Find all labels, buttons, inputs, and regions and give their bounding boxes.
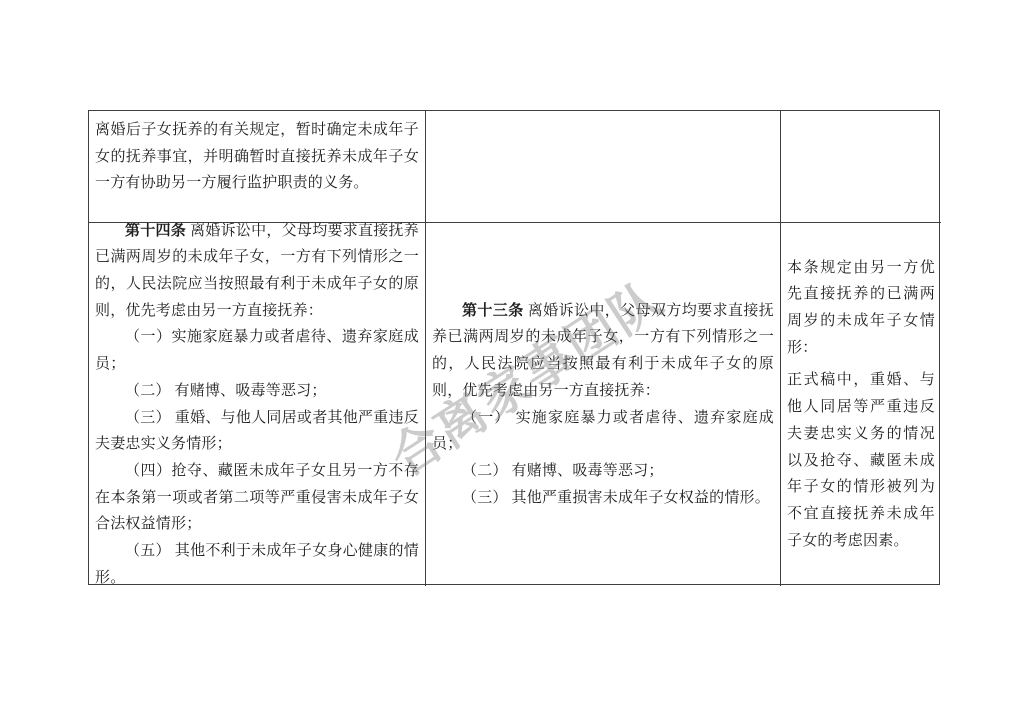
paragraph: （四）抢夺、藏匿未成年子女且另一方不存在本条第一项或者第二项等严重侵害未成年子女… xyxy=(95,458,419,538)
document-page: 离婚后子女抚养的有关规定，暂时确定未成年子女的抚养事宜，并明确暂时直接抚养未成年… xyxy=(0,0,1024,724)
paragraph: （二） 有赌博、吸毒等恶习； xyxy=(432,458,774,485)
paragraph: 第十三条 离婚诉讼中，父母双方均要求直接抚养已满两周岁的未成年子女，一方有下列情… xyxy=(432,298,774,405)
table-cell: 第十四条 离婚诉讼中，父母均要求直接抚养已满两周岁的未成年子女，一方有下列情形之… xyxy=(89,223,426,586)
table-cell xyxy=(426,111,781,223)
paragraph: 本条规定由另一方优先直接抚养的已满两周岁的未成年子女情形： xyxy=(787,255,935,362)
paragraph: （三） 其他严重损害未成年子女权益的情形。 xyxy=(432,485,774,512)
table-cell: 离婚后子女抚养的有关规定，暂时确定未成年子女的抚养事宜，并明确暂时直接抚养未成年… xyxy=(89,111,426,223)
paragraph: （二） 有赌博、吸毒等恶习； xyxy=(95,378,419,405)
paragraph: 第十四条 离婚诉讼中，父母均要求直接抚养已满两周岁的未成年子女，一方有下列情形之… xyxy=(95,223,419,324)
paragraph: （五） 其他不利于未成年子女身心健康的情形。 xyxy=(95,538,419,586)
paragraph: （一） 实施家庭暴力或者虐待、遗弃家庭成员； xyxy=(432,405,774,458)
article-number: 第十三条 xyxy=(462,303,524,319)
table-cell: 本条规定由另一方优先直接抚养的已满两周岁的未成年子女情形：正式稿中，重婚、与他人… xyxy=(781,223,941,586)
comparison-table: 离婚后子女抚养的有关规定，暂时确定未成年子女的抚养事宜，并明确暂时直接抚养未成年… xyxy=(88,110,940,585)
table-cell xyxy=(781,111,941,223)
table-cell: 第十三条 离婚诉讼中，父母双方均要求直接抚养已满两周岁的未成年子女，一方有下列情… xyxy=(426,223,781,586)
paragraph: 正式稿中，重婚、与他人同居等严重违反夫妻忠实义务的情况以及抢夺、藏匿未成年子女的… xyxy=(787,367,935,554)
article-number: 第十四条 xyxy=(125,223,186,239)
paragraph: （三） 重婚、与他人同居或者其他严重违反夫妻忠实义务情形； xyxy=(95,405,419,458)
paragraph: （一）实施家庭暴力或者虐待、遗弃家庭成员； xyxy=(95,324,419,377)
paragraph: 离婚后子女抚养的有关规定，暂时确定未成年子女的抚养事宜，并明确暂时直接抚养未成年… xyxy=(95,117,419,197)
